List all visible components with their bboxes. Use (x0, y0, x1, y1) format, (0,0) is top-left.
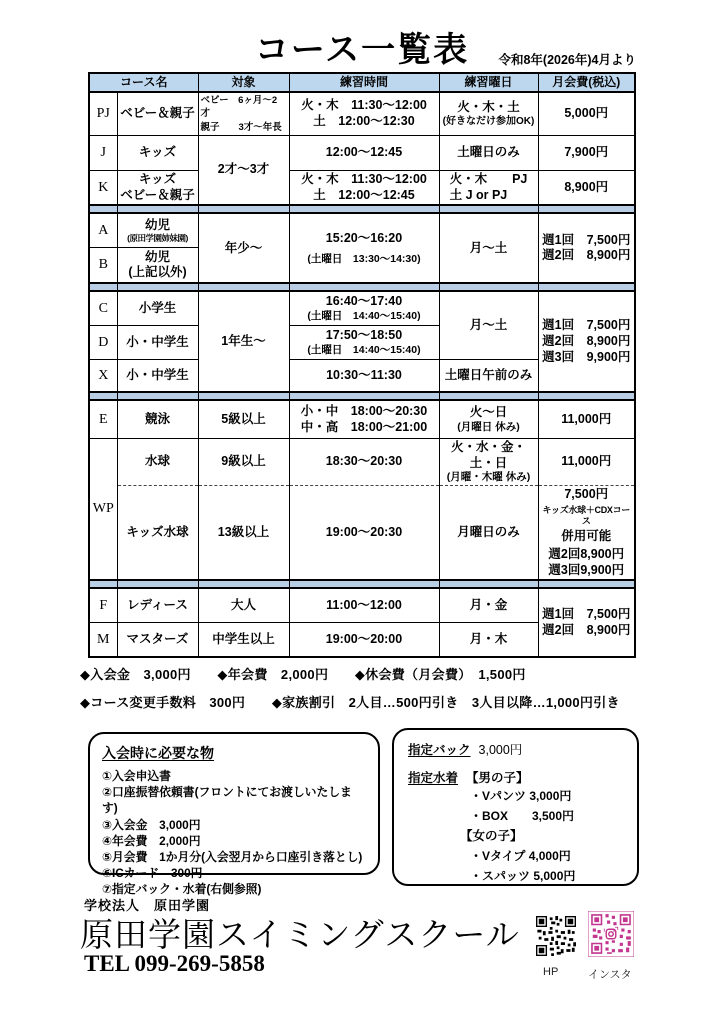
e-days-note: (月曜日 休み) (442, 421, 536, 434)
cell-f-days: 月・金 (439, 588, 538, 622)
band-cell (439, 580, 538, 588)
separator-band (89, 205, 635, 213)
cell-x-code: X (89, 359, 117, 392)
enrollment-item: ④年会費 2,000円 (102, 833, 366, 849)
row-j: J キッズ 2才～3才 12:00～12:45 土曜日のみ 7,900円 (89, 135, 635, 170)
cell-wpolo-time: 18:30～20:30 (289, 438, 439, 485)
cell-e-time: 小・中 18:00～20:30 中・高 18:00～21:00 (289, 400, 439, 438)
cell-wpolo-fee: 11,000円 (538, 438, 635, 485)
cell-j-days: 土曜日のみ (439, 135, 538, 170)
ab-time-main: 15:20～16:20 (292, 231, 437, 247)
cell-j-fee: 7,900円 (538, 135, 635, 170)
cell-cd-days: 月～土 (439, 291, 538, 359)
band-cell (538, 283, 635, 291)
qr-instagram-label: インスタ (588, 966, 632, 982)
cell-wpolo-target: 9級以上 (198, 438, 289, 485)
cell-jk-target: 2才～3才 (198, 135, 289, 205)
cell-ab-time: 15:20～16:20 (土曜日 13:30～14:30) (289, 213, 439, 283)
band-cell (289, 205, 439, 213)
qr-hp-label: HP (543, 966, 558, 978)
band-cell (117, 283, 198, 291)
school-name: 原田学園スイミングスクール (80, 909, 520, 956)
cell-pj-code: PJ (89, 92, 117, 135)
cell-ab-target: 年少～ (198, 213, 289, 283)
kidswp-fee-note: キッズ水球＋CDXコース (541, 505, 633, 528)
cell-pj-fee: 5,000円 (538, 92, 635, 135)
cell-e-target: 5級以上 (198, 400, 289, 438)
enrollment-item: ⑥ICカード 300円 (102, 865, 366, 881)
boys-item: ・Vパンツ 3,000円 (470, 786, 623, 806)
kidswp-fee-extra: 週2回8,900円 週3回9,900円 (541, 547, 633, 578)
qr-code-hp-icon (536, 916, 576, 956)
e-days-main: 火～日 (442, 405, 536, 421)
pj-days-main: 火・木・土 (442, 100, 536, 116)
cell-k-time: 火・木 11:30～12:00 土 12:00～12:45 (289, 170, 439, 205)
d-time-main: 17:50～18:50 (292, 328, 437, 344)
row-c: C 小学生 1年生～ 16:40～17:40 (土曜日 14:40～15:40)… (89, 291, 635, 325)
fees-note-line-2: ◆コース変更手数料 300円 ◆家族割引 2人目…500円引き 3人目以降…1,… (80, 692, 620, 711)
separator-band (89, 580, 635, 588)
cell-f-name: レディース (117, 588, 198, 622)
cell-cdx-target: 1年生～ (198, 291, 289, 392)
cell-wp-code: WP (89, 438, 117, 580)
row-a: A 幼児 (原田学園姉妹園) 年少～ 15:20～16:20 (土曜日 13:3… (89, 213, 635, 247)
cell-j-code: J (89, 135, 117, 170)
cell-a-code: A (89, 213, 117, 247)
document-page: コース一覧表 令和8年(2026年)4月より コース名 対象 練習時間 練習曜日… (0, 0, 724, 1024)
designated-bag-label: 指定バック (408, 743, 471, 757)
band-cell (289, 392, 439, 400)
band-cell (198, 205, 289, 213)
ab-fee-text: 週1回 7,500円 週2回 8,900円 (542, 233, 630, 264)
cell-e-days: 火～日 (月曜日 休み) (439, 400, 538, 438)
cell-d-code: D (89, 325, 117, 359)
cell-k-name: キッズ ベビー＆親子 (117, 170, 198, 205)
c-time-main: 16:40～17:40 (292, 294, 437, 310)
fees-note-line-1: ◆入会金 3,000円 ◆年会費 2,000円 ◆休会費（月会費） 1,500円 (80, 664, 526, 683)
cell-pj-days: 火・木・土 (好きなだけ参加OK) (439, 92, 538, 135)
cell-x-time: 10:30～11:30 (289, 359, 439, 392)
cell-b-code: B (89, 247, 117, 283)
band-cell (198, 392, 289, 400)
cell-pj-target: ベビー 6ヶ月～2才 親子 3才～年長 (198, 92, 289, 135)
band-cell (439, 205, 538, 213)
qr-code-instagram-icon (588, 911, 634, 957)
cell-e-name: 競泳 (117, 400, 198, 438)
girls-item: ・Vタイプ 4,000円 (470, 846, 623, 866)
kidswp-fee-main: 7,500円 (541, 487, 633, 503)
cell-kidswp-target: 13級以上 (198, 486, 289, 581)
band-cell (89, 205, 117, 213)
course-table: コース名 対象 練習時間 練習曜日 月会費(税込) PJ ベビー＆親子 ベビー … (88, 72, 636, 658)
designated-bag-price: 3,000円 (479, 743, 523, 757)
cell-k-code: K (89, 170, 117, 205)
cell-e-fee: 11,000円 (538, 400, 635, 438)
cell-j-name: キッズ (117, 135, 198, 170)
wpolo-days-note: (月曜・木曜 休み) (442, 471, 536, 484)
cell-k-days: 火・木 PJ 土 J or PJ (439, 170, 538, 205)
wpolo-days-main: 火・水・金・土・日 (442, 440, 536, 471)
cell-c-name: 小学生 (117, 291, 198, 325)
separator-band (89, 392, 635, 400)
cell-pj-name: ベビー＆親子 (117, 92, 198, 135)
pj-days-note: (好きなだけ参加OK) (442, 116, 536, 129)
enrollment-item: ①入会申込書 (102, 768, 366, 784)
cell-j-time: 12:00～12:45 (289, 135, 439, 170)
row-e: E 競泳 5級以上 小・中 18:00～20:30 中・高 18:00～21:0… (89, 400, 635, 438)
kidswp-fee-sub: 併用可能 (541, 529, 633, 545)
band-cell (89, 392, 117, 400)
a-name-main: 幼児 (120, 218, 196, 234)
row-f: F レディース 大人 11:00～12:00 月・金 週1回 7,500円 週2… (89, 588, 635, 622)
row-waterpolo: WP 水球 9級以上 18:30～20:30 火・水・金・土・日 (月曜・木曜 … (89, 438, 635, 485)
band-cell (538, 205, 635, 213)
cell-d-time: 17:50～18:50 (土曜日 14:40～15:40) (289, 325, 439, 359)
cell-f-code: F (89, 588, 117, 622)
band-cell (198, 283, 289, 291)
header-days: 練習曜日 (439, 73, 538, 92)
cdx-fee-text: 週1回 7,500円 週2回 8,900円 週3回 9,900円 (542, 318, 630, 365)
phone-number: TEL 099-269-5858 (84, 951, 265, 977)
c-time-note: (土曜日 14:40～15:40) (292, 310, 437, 323)
band-cell (439, 283, 538, 291)
cell-m-target: 中学生以上 (198, 622, 289, 657)
cell-kidswp-fee: 7,500円 キッズ水球＋CDXコース 併用可能 週2回8,900円 週3回9,… (538, 486, 635, 581)
band-cell (289, 580, 439, 588)
band-cell (289, 283, 439, 291)
header-time: 練習時間 (289, 73, 439, 92)
enrollment-item: ②口座振替依頼書(フロントにてお渡しいたします) (102, 784, 366, 816)
band-cell (89, 580, 117, 588)
k-days-text: 火・木 PJ 土 J or PJ (450, 172, 528, 203)
cell-kidswp-name: キッズ水球 (117, 486, 198, 581)
a-name-note: (原田学園姉妹園) (120, 233, 196, 244)
designated-swimsuit-label: 指定水着 (408, 771, 458, 785)
boys-item: ・BOX 3,500円 (470, 806, 623, 826)
row-k: K キッズ ベビー＆親子 火・木 11:30～12:00 土 12:00～12:… (89, 170, 635, 205)
cell-c-time: 16:40～17:40 (土曜日 14:40～15:40) (289, 291, 439, 325)
designated-bag-line: 指定バック3,000円 (408, 740, 623, 758)
enrollment-requirements-box: 入会時に必要な物 ①入会申込書 ②口座振替依頼書(フロントにてお渡しいたします)… (88, 732, 380, 875)
enrollment-item: ⑤月会費 1か月分(入会翌月から口座引き落とし) (102, 849, 366, 865)
header-target: 対象 (198, 73, 289, 92)
cell-b-name: 幼児 (上記以外) (117, 247, 198, 283)
cell-c-code: C (89, 291, 117, 325)
designated-gear-box: 指定バック3,000円 指定水着【男の子】 ・Vパンツ 3,000円 ・BOX … (392, 728, 639, 886)
cell-m-code: M (89, 622, 117, 657)
separator-band (89, 283, 635, 291)
effective-date: 令和8年(2026年)4月より (498, 50, 636, 68)
band-cell (117, 580, 198, 588)
band-cell (538, 580, 635, 588)
cell-x-days: 土曜日午前のみ (439, 359, 538, 392)
cell-fm-fee: 週1回 7,500円 週2回 8,900円 (538, 588, 635, 657)
cell-k-fee: 8,900円 (538, 170, 635, 205)
row-kids-waterpolo: キッズ水球 13級以上 19:00～20:30 月曜日のみ 7,500円 キッズ… (89, 486, 635, 581)
band-cell (538, 392, 635, 400)
cell-kidswp-time: 19:00～20:30 (289, 486, 439, 581)
cell-kidswp-days: 月曜日のみ (439, 486, 538, 581)
boys-header: 【男の子】 (466, 771, 529, 785)
cell-m-name: マスターズ (117, 622, 198, 657)
cell-wpolo-name: 水球 (117, 438, 198, 485)
band-cell (89, 283, 117, 291)
band-cell (198, 580, 289, 588)
band-cell (439, 392, 538, 400)
header-course-name: コース名 (89, 73, 198, 92)
pj-target-text: ベビー 6ヶ月～2才 親子 3才～年長 (201, 94, 287, 134)
fm-fee-text: 週1回 7,500円 週2回 8,900円 (542, 607, 630, 638)
enrollment-box-title: 入会時に必要な物 (102, 743, 366, 763)
cell-f-target: 大人 (198, 588, 289, 622)
cell-f-time: 11:00～12:00 (289, 588, 439, 622)
cell-ab-fee: 週1回 7,500円 週2回 8,900円 (538, 213, 635, 283)
girls-item: ・スパッツ 5,000円 (470, 866, 623, 886)
cell-ab-days: 月～土 (439, 213, 538, 283)
d-time-note: (土曜日 14:40～15:40) (292, 344, 437, 357)
enrollment-item: ③入会金 3,000円 (102, 817, 366, 833)
cell-d-name: 小・中学生 (117, 325, 198, 359)
cell-x-name: 小・中学生 (117, 359, 198, 392)
cell-wpolo-days: 火・水・金・土・日 (月曜・木曜 休み) (439, 438, 538, 485)
ab-time-note: (土曜日 13:30～14:30) (292, 253, 437, 266)
band-cell (117, 205, 198, 213)
table-header-row: コース名 対象 練習時間 練習曜日 月会費(税込) (89, 73, 635, 92)
cell-a-name: 幼児 (原田学園姉妹園) (117, 213, 198, 247)
designated-swimsuit-line: 指定水着【男の子】 (408, 768, 623, 786)
cell-pj-time: 火・木 11:30～12:00 土 12:00～12:30 (289, 92, 439, 135)
girls-header: 【女の子】 (460, 826, 623, 846)
row-pj: PJ ベビー＆親子 ベビー 6ヶ月～2才 親子 3才～年長 火・木 11:30～… (89, 92, 635, 135)
header-fee: 月会費(税込) (538, 73, 635, 92)
band-cell (117, 392, 198, 400)
cell-m-time: 19:00～20:00 (289, 622, 439, 657)
cell-e-code: E (89, 400, 117, 438)
cell-m-days: 月・木 (439, 622, 538, 657)
cell-cdx-fee: 週1回 7,500円 週2回 8,900円 週3回 9,900円 (538, 291, 635, 392)
